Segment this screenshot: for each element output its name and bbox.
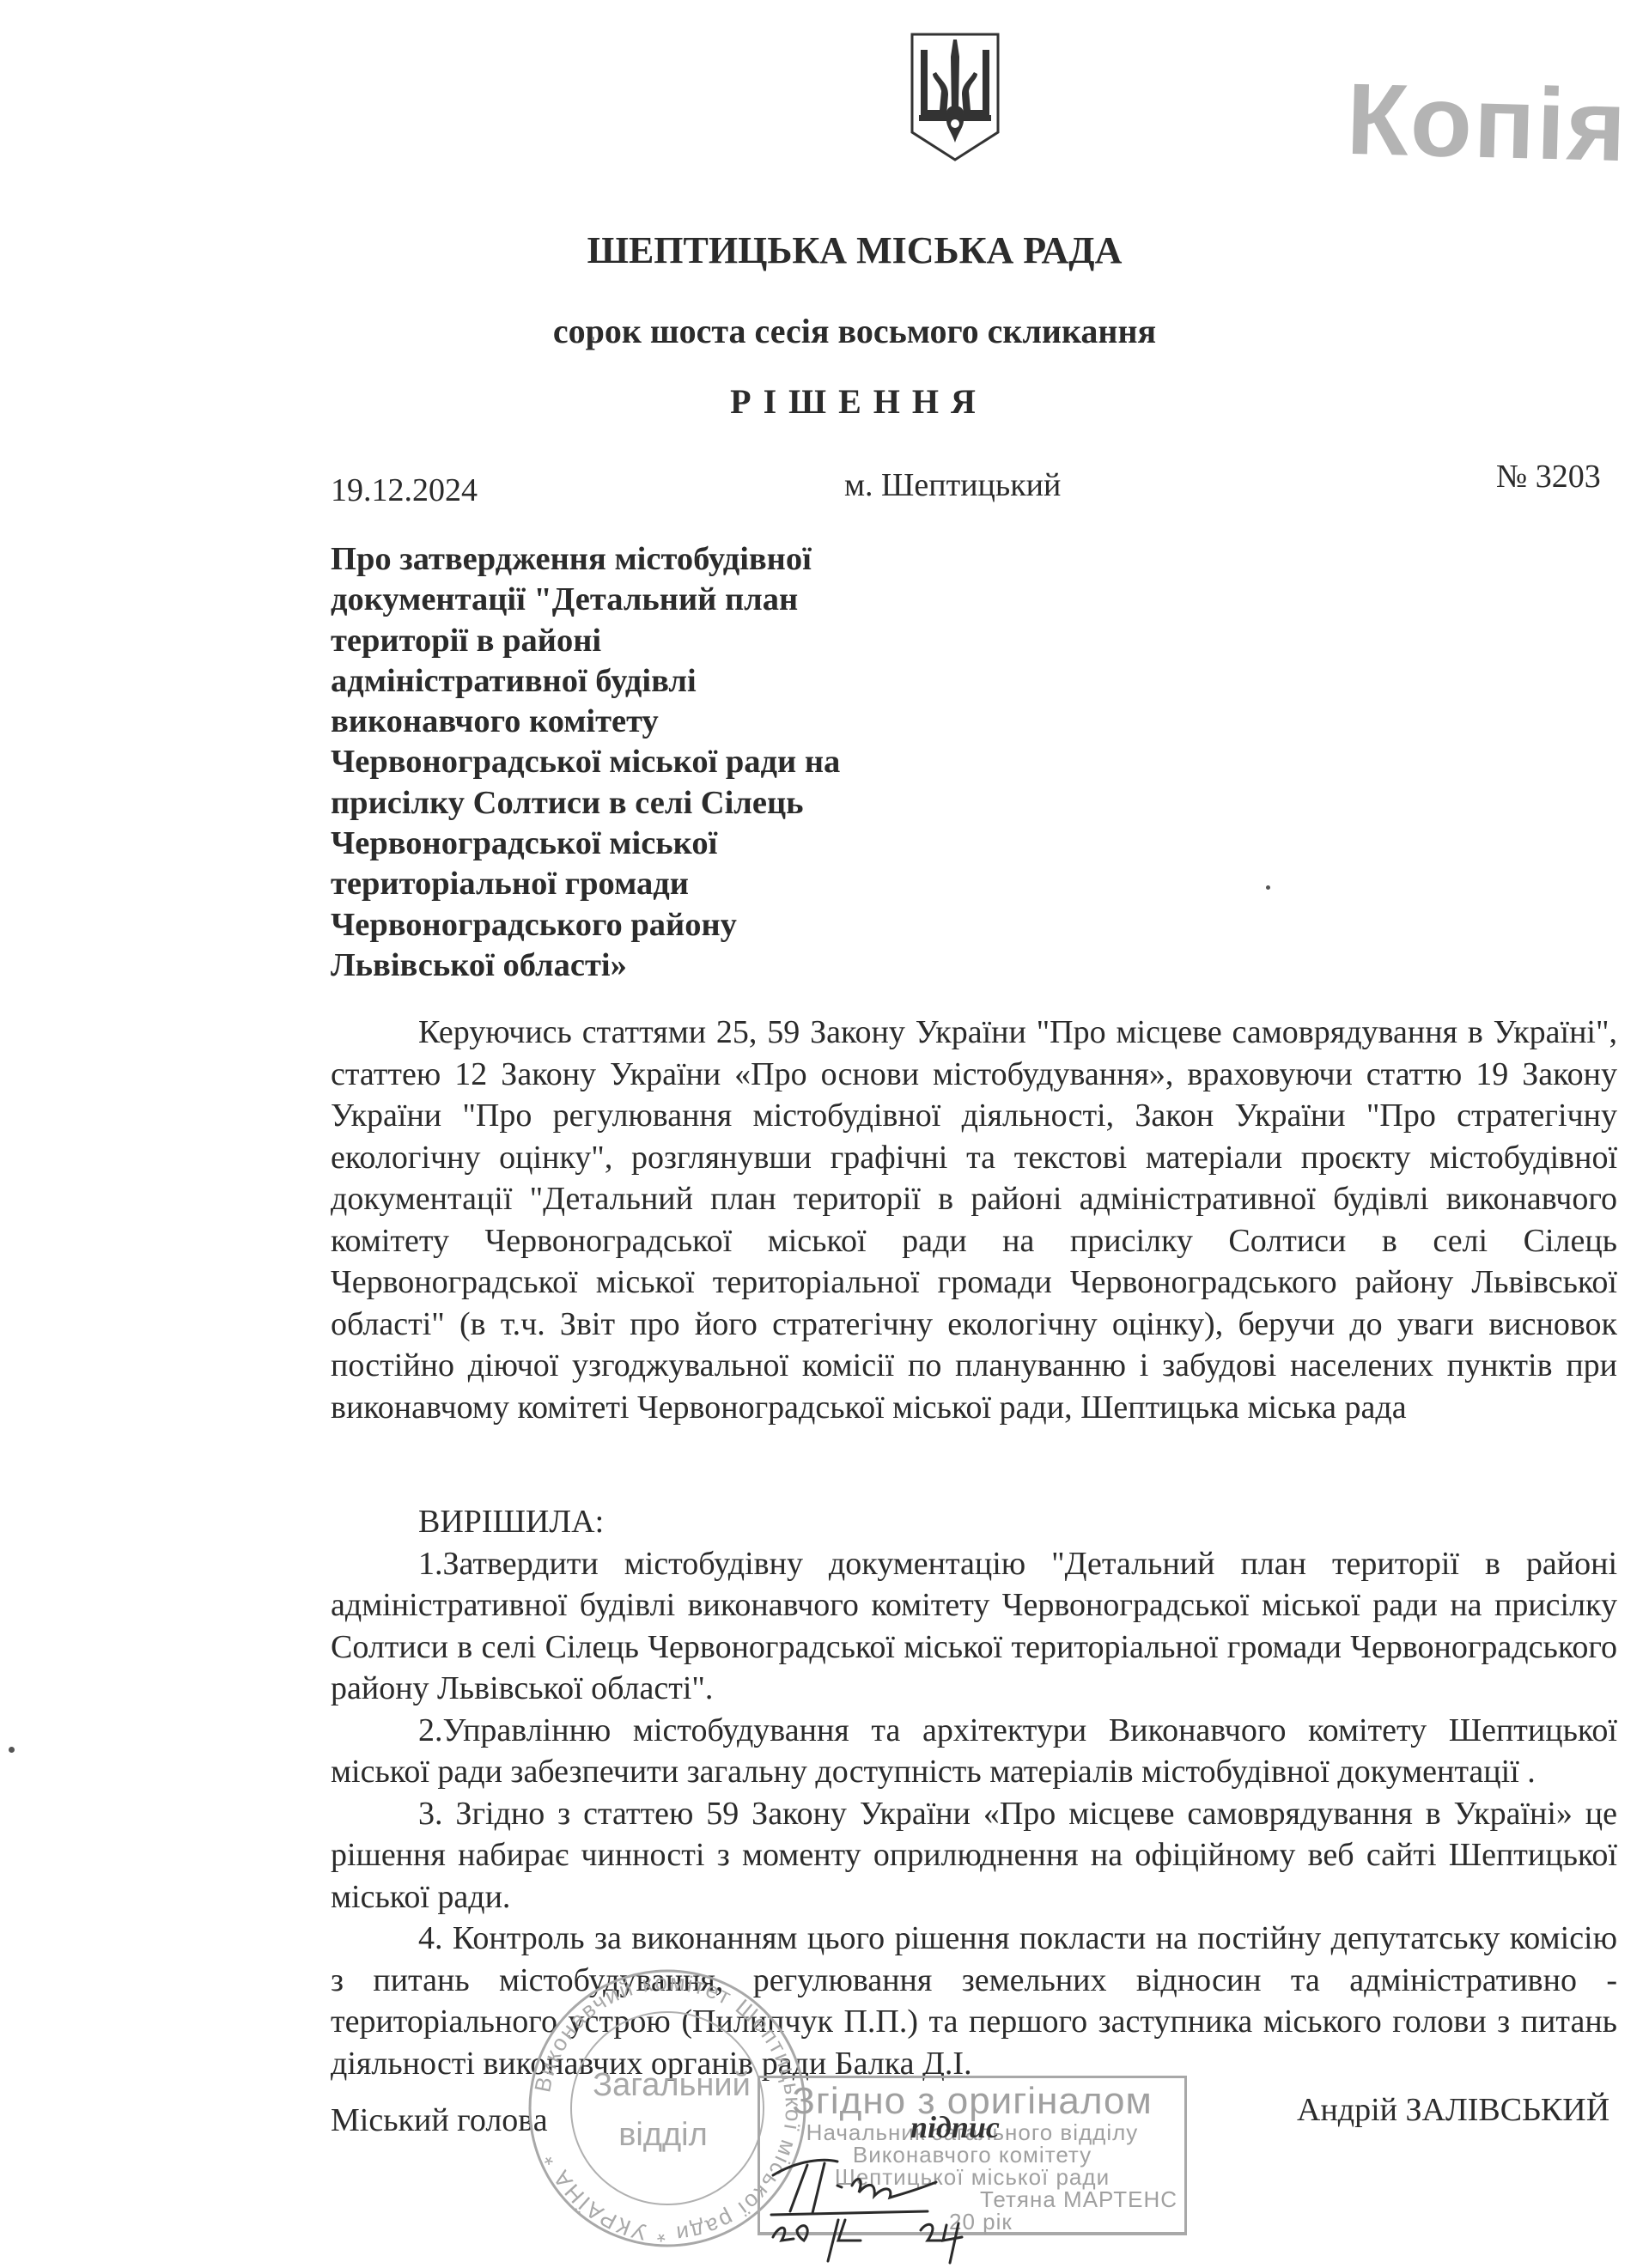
decision-title: РІШЕННЯ (0, 385, 1649, 419)
session-line: сорок шоста сесія восьмого скликання (0, 314, 1649, 349)
resolution-item: 4. Контроль за виконанням цього рішення … (331, 1918, 1617, 2084)
seal-center-line1: Загальний (593, 2067, 751, 2103)
scan-speck (1266, 885, 1270, 890)
resolution-block: ВИРІШИЛА: 1.Затвердити містобудівну доку… (331, 1501, 1617, 2084)
subject-line: Львівської області» (331, 946, 983, 986)
subject-line: Червоноградської міської ради на (331, 742, 983, 782)
subject-line: територіальної громади (331, 864, 983, 904)
trident-coat-of-arms-icon (907, 31, 1003, 161)
subject-line: виконавчого комітету (331, 702, 983, 742)
signatory-position: Міський голова (331, 2104, 548, 2137)
resolution-item: 2.Управлінню містобудування та архітекту… (331, 1710, 1617, 1793)
decision-subject: Про затвердження містобудівної документа… (331, 539, 983, 986)
subject-line: Червоноградського району (331, 905, 983, 946)
preamble-paragraph: Керуючись статтями 25, 59 Закону України… (331, 1012, 1617, 1428)
document-date: 19.12.2024 (331, 474, 478, 507)
subject-line: Червоноградської міської (331, 824, 983, 864)
resolution-item: 1.Затвердити містобудівну документацію "… (331, 1543, 1617, 1710)
preamble-text: Керуючись статтями 25, 59 Закону України… (331, 1012, 1617, 1428)
signatory-name: Андрій ЗАЛІВСЬКИЙ (1297, 2094, 1609, 2126)
council-name: ШЕПТИЦЬКА МІСЬКА РАДА (0, 232, 1649, 270)
subject-line: Про затвердження містобудівної (331, 539, 983, 580)
document-city: м. Шептицький (844, 469, 1061, 502)
handwritten-signature (756, 2151, 1117, 2268)
subject-line: території в районі (331, 621, 983, 661)
scan-speck (592, 337, 594, 341)
document-number: № 3203 (1496, 460, 1601, 493)
copy-mark-stamp: Копія (1346, 69, 1629, 178)
seal-center-line2: відділ (618, 2117, 708, 2153)
subject-line: адміністративної будівлі (331, 661, 983, 702)
scan-speck (9, 1747, 15, 1753)
resolution-item: 3. Згідно з статтею 59 Закону України «П… (331, 1793, 1617, 1918)
resolved-label: ВИРІШИЛА: (331, 1501, 1617, 1543)
signature-placeholder-word: підпис (910, 2109, 1000, 2145)
subject-line: документації "Детальний план (331, 580, 983, 620)
subject-line: присілку Солтиси в селі Сілець (331, 783, 983, 824)
